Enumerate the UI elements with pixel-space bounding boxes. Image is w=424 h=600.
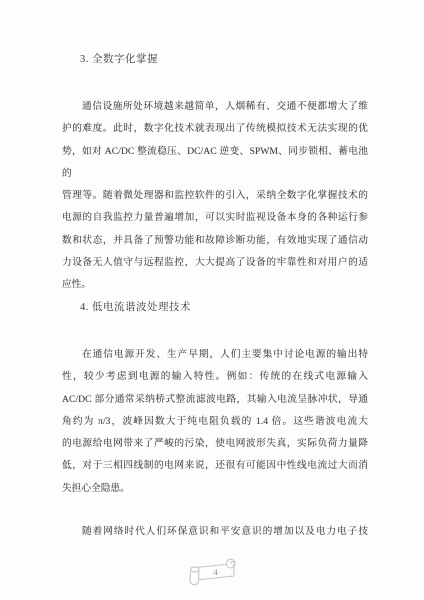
paragraph-network-era: 随着网络时代人们环保意识和平安意识的增加以及电力电子技	[62, 521, 368, 543]
text-line: 管理等。随着微处理器和监控软件的引入，采纳全数字化掌握技术的	[62, 185, 368, 207]
text-line: 的电源给电网带来了严峻的污染，使电网波形失真，实际负荷力量降	[62, 433, 368, 455]
text-line: 失担心全隐患。	[62, 478, 368, 500]
text-line: 角约为 π/3，波峰因数大于纯电阻负载的 1.4 倍。这些谐波电流大	[62, 411, 368, 433]
text-line: 数和状态，并具备了预警功能和故障诊断功能，有效地实现了通信动	[62, 230, 368, 252]
scroll-banner-icon: 4	[182, 554, 244, 596]
text-line: 电源的自我监控力量普遍增加，可以实时监视设备本身的各种运行参	[62, 207, 368, 229]
text-line: AC/DC 部分通常采纳桥式整流滤波电路，其输入电流呈脉冲状，导通	[62, 389, 368, 411]
text-line: 低，对于三相四线制的电网来说，还很有可能因中性线电流过大而消	[62, 455, 368, 477]
paragraph-harmonic-processing: 在通信电源开发、生产早期，人们主要集中讨论电源的输出特性，较少考虑到电源的输入特…	[62, 344, 368, 500]
text-line: 通信设施所处环境越来越简单，人烟稀有、交通不便都增大了维	[62, 96, 368, 118]
text-line: 势，如对 AC/DC 整流稳压、DC/AC 逆变、SPWM、同步锁相、蓄电池的	[62, 141, 368, 186]
section-heading-3: 3. 全数字化掌握	[80, 53, 158, 67]
text-line: 应性。	[62, 274, 368, 296]
text-line: 在通信电源开发、生产早期，人们主要集中讨论电源的输出特	[62, 344, 368, 366]
section-heading-4: 4. 低电流谐波处理技术	[80, 301, 191, 315]
text-line: 护的难度。此时，数字化技术就表现出了传统模拟技术无法实现的优	[62, 118, 368, 140]
document-page: 3. 全数字化掌握 通信设施所处环境越来越简单，人烟稀有、交通不便都增大了维护的…	[0, 0, 424, 600]
page-footer: 4	[182, 554, 244, 596]
text-line: 力设备无人值守与远程监控，大大提高了设备的牢靠性和对用户的适	[62, 252, 368, 274]
text-line: 性，较少考虑到电源的输入特性。例如：传统的在线式电源输入	[62, 366, 368, 388]
paragraph-digital-control: 通信设施所处环境越来越简单，人烟稀有、交通不便都增大了维护的难度。此时，数字化技…	[62, 96, 368, 297]
text-line: 随着网络时代人们环保意识和平安意识的增加以及电力电子技	[62, 521, 368, 543]
